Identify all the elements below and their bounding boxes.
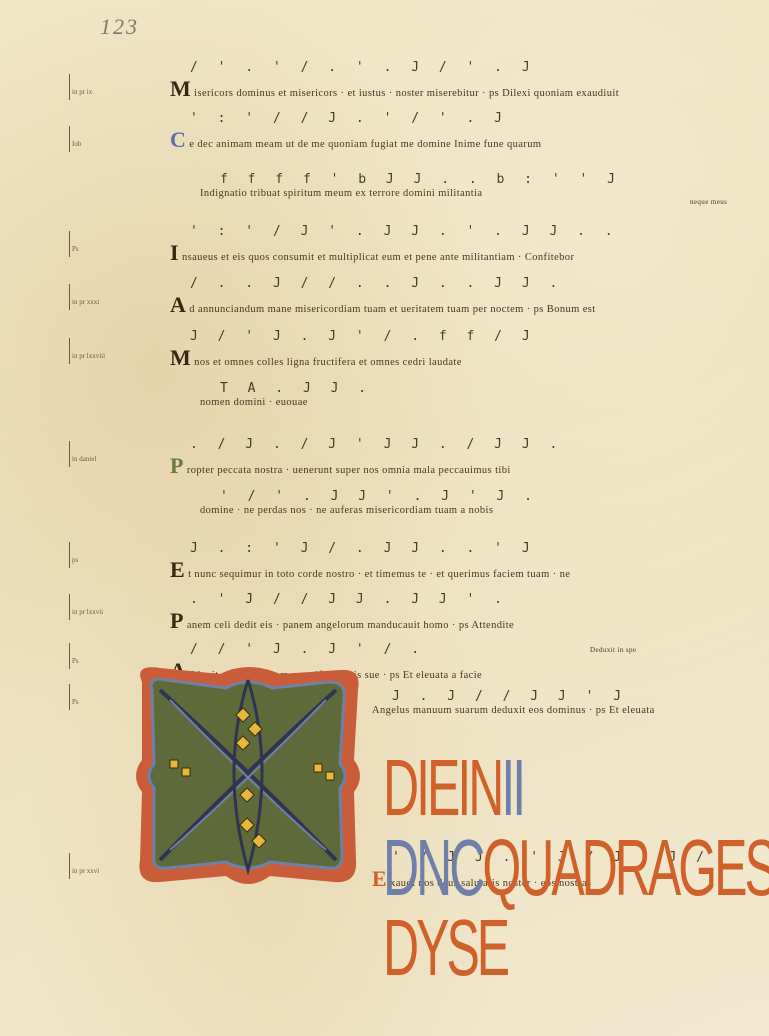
chant-line: Insaueus et eis quos consumit et multipl… xyxy=(170,240,574,266)
neume-row: J . J / / J J ' J xyxy=(392,689,627,704)
chant-line: Misericors dominus et misericors · et iu… xyxy=(170,76,619,102)
chant-line: nomen domini · euouae xyxy=(200,397,308,408)
initial-letter: M xyxy=(170,76,191,101)
chant-words: anem celi dedit eis · panem angelorum ma… xyxy=(187,620,514,631)
chant-words: domine · ne perdas nos · ne auferas mise… xyxy=(200,505,493,516)
margin-note: Iob xyxy=(72,140,81,148)
rubric-part-die: DIE xyxy=(383,743,457,833)
margin-note: in pr xxxi xyxy=(72,298,99,306)
neume-row: f f f f ' b J J . . b : ' ' J xyxy=(220,172,621,187)
chant-words: Indignatio tribuat spiritum meum ex terr… xyxy=(200,188,482,199)
chant-line: Angelus manuum suarum deduxit eos dominu… xyxy=(372,705,655,716)
neume-row: / / ' J . J ' / . xyxy=(190,642,425,657)
chant-line: domine · ne perdas nos · ne auferas mise… xyxy=(200,505,493,516)
margin-note: Ps xyxy=(72,245,79,253)
chant-line: Mnos et omnes colles ligna fructifera et… xyxy=(170,345,462,371)
initial-letter: C xyxy=(170,127,186,152)
margin-note: in pr lxxviii xyxy=(72,352,105,360)
folio-number: 123 xyxy=(100,14,139,40)
chant-line: Ad annunciandum mane misericordiam tuam … xyxy=(170,292,596,318)
illuminated-initial-icon xyxy=(130,660,366,890)
neume-row: ' / ' . J J ' . J ' J . xyxy=(220,489,538,504)
neume-row: . ' J / / J J . J J ' . xyxy=(190,592,508,607)
neume-row: J . : ' J / . J J . . ' J xyxy=(190,541,536,556)
initial-letter: I xyxy=(170,240,179,265)
initial-letter: E xyxy=(170,557,185,582)
chant-words: nos et omnes colles ligna fructifera et … xyxy=(194,357,462,368)
chant-words: nsaueus et eis quos consumit et multipli… xyxy=(182,252,574,263)
neume-row: T A . J J . xyxy=(220,381,372,396)
chant-words: isericors dominus et misericors · et ius… xyxy=(194,88,619,99)
interlinear-note: Deduxit in spe xyxy=(590,646,636,654)
chant-words: e dec animam meam ut de me quoniam fugia… xyxy=(189,139,541,150)
chant-line: Ce dec animam meam ut de me quoniam fugi… xyxy=(170,127,541,153)
neume-row: / ' . ' / . ' . J / ' . J xyxy=(190,60,536,75)
rubric-heading: DIEINII DNCQUADRAGESIMA DYSE xyxy=(383,748,769,988)
margin-note: ps xyxy=(72,556,78,564)
interlinear-note: neque meus xyxy=(690,198,727,206)
neume-row: J / ' J . J ' / . f f / J xyxy=(190,329,536,344)
margin-note: in pr lxxvii xyxy=(72,608,103,616)
initial-letter: P xyxy=(170,608,184,633)
margin-note: Ps xyxy=(72,657,79,665)
margin-note: in daniel xyxy=(72,455,96,463)
neume-row: ' : ' / / J . ' / ' . J xyxy=(190,111,508,126)
chant-words: nomen domini · euouae xyxy=(200,397,308,408)
margin-note: in pr ix xyxy=(72,88,92,96)
neume-row: / . . J / / . . J . . J J . xyxy=(190,276,563,291)
chant-line: Propter peccata nostra · uenerunt super … xyxy=(170,453,511,479)
initial-letter: A xyxy=(170,292,186,317)
neume-row: ' : ' / J ' . J J . ' . J J . . xyxy=(190,224,619,239)
chant-line: Indignatio tribuat spiritum meum ex terr… xyxy=(200,188,482,199)
chant-line: Et nunc sequimur in toto corde nostro · … xyxy=(170,557,570,583)
rubric-part-in: IN xyxy=(457,743,501,833)
initial-letter: M xyxy=(170,345,191,370)
margin-note: Ps xyxy=(72,698,79,706)
margin-note: in pr xxvi xyxy=(72,867,99,875)
chant-words: Angelus manuum suarum deduxit eos dominu… xyxy=(372,705,655,716)
chant-words: d annunciandum mane misericordiam tuam e… xyxy=(189,304,595,315)
chant-words: t nunc sequimur in toto corde nostro · e… xyxy=(188,569,570,580)
initial-letter: P xyxy=(170,453,184,478)
chant-line: Panem celi dedit eis · panem angelorum m… xyxy=(170,608,514,634)
neume-row: . / J . / J ' J J . / J J . xyxy=(190,437,563,452)
chant-words: ropter peccata nostra · uenerunt super n… xyxy=(187,465,511,476)
